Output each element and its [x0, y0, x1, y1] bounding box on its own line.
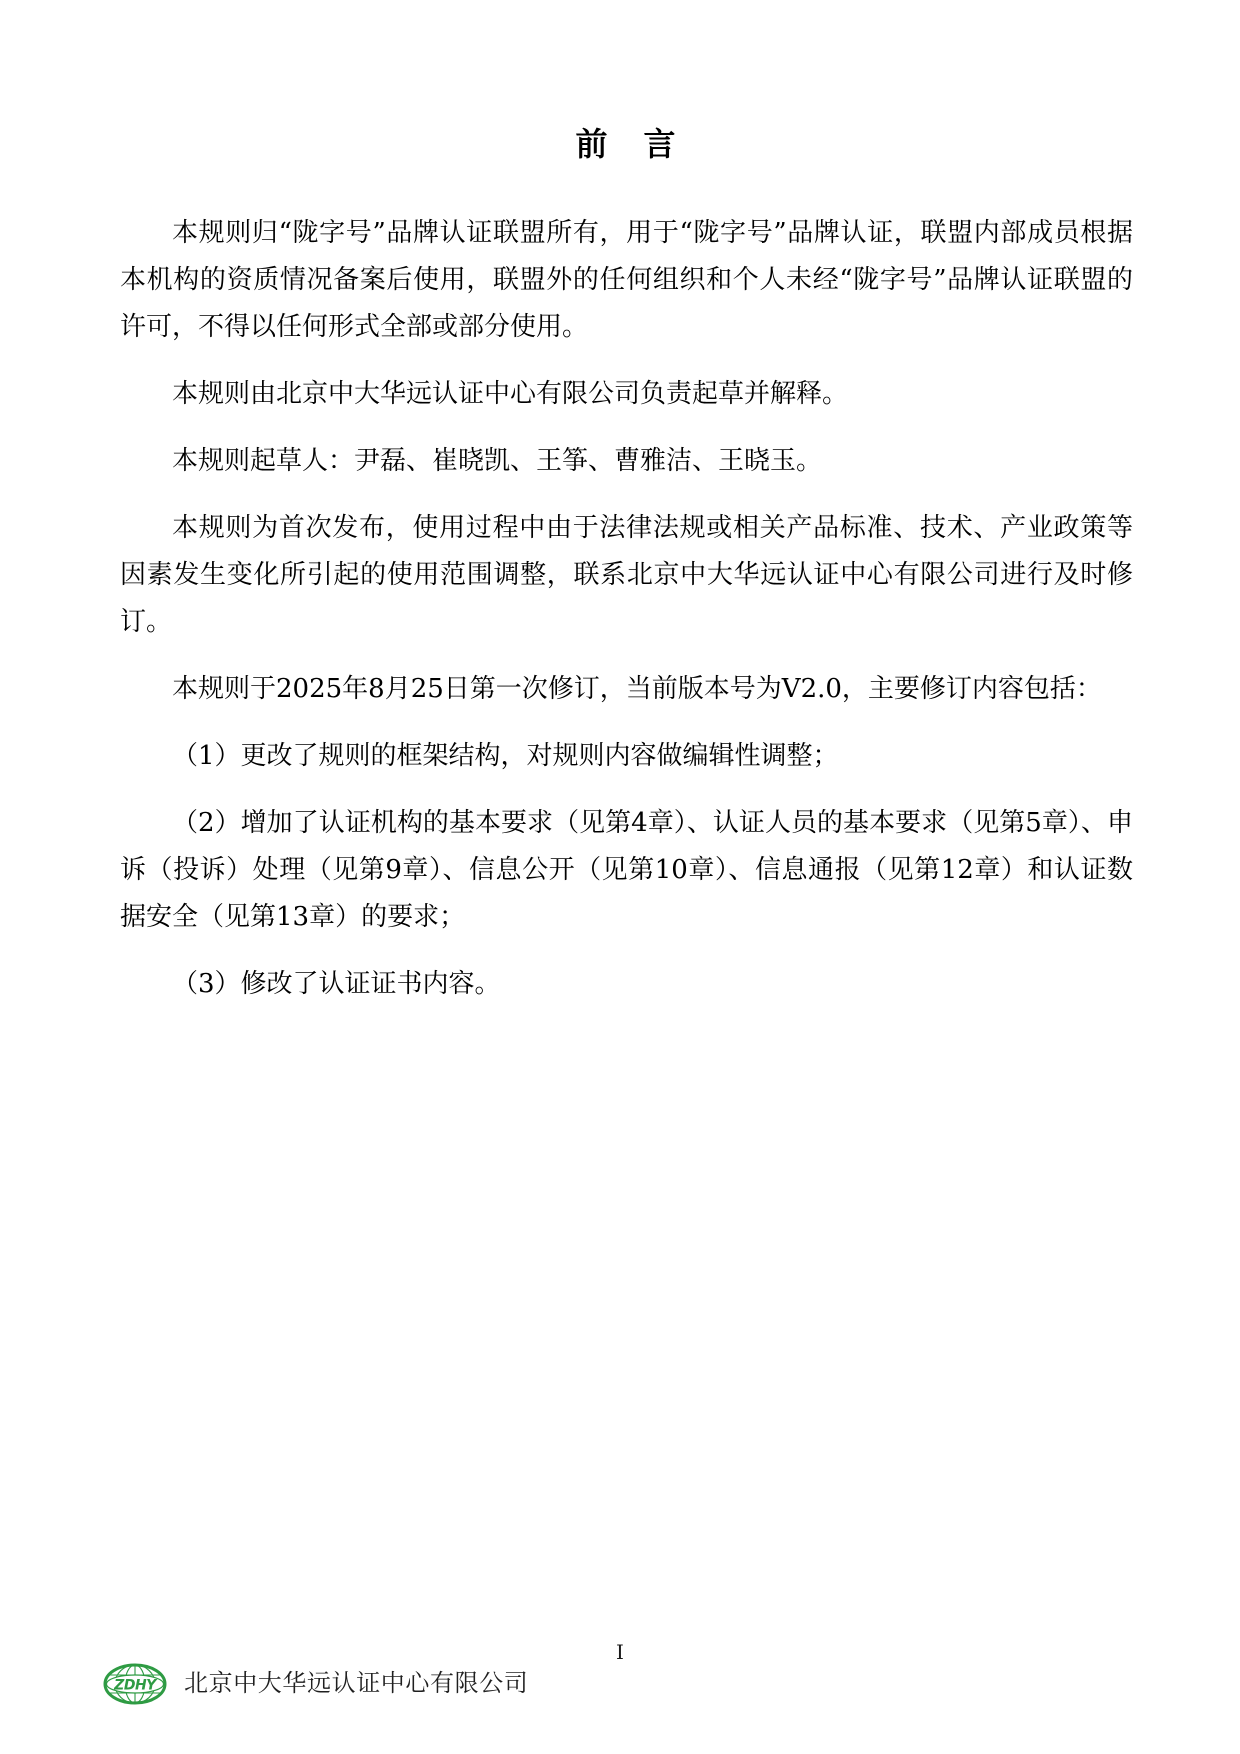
list-item-2: （2）增加了认证机构的基本要求（见第4章）、认证人员的基本要求（见第5章）、申诉…: [120, 800, 1133, 941]
company-logo-icon: ZDHY: [102, 1663, 168, 1705]
page-number: I: [0, 1642, 1240, 1662]
paragraph: 本规则归“陇字号”品牌认证联盟所有，用于“陇字号”品牌认证，联盟内部成员根据本机…: [120, 210, 1133, 351]
list-item-3: （3）修改了认证证书内容。: [120, 961, 1133, 1008]
footer: ZDHY 北京中大华远认证中心有限公司: [102, 1663, 528, 1705]
list-item-1: （1）更改了规则的框架结构，对规则内容做编辑性调整；: [120, 733, 1133, 780]
page-title: 前 言: [120, 126, 1133, 162]
logo-wordmark: ZDHY: [113, 1678, 158, 1694]
company-name: 北京中大华远认证中心有限公司: [184, 1663, 528, 1705]
paragraph: 本规则为首次发布，使用过程中由于法律法规或相关产品标准、技术、产业政策等因素发生…: [120, 505, 1133, 646]
paragraph: 本规则由北京中大华远认证中心有限公司负责起草并解释。: [120, 371, 1133, 418]
document-page: 前 言 本规则归“陇字号”品牌认证联盟所有，用于“陇字号”品牌认证，联盟内部成员…: [0, 0, 1240, 1754]
paragraph: 本规则于2025年8月25日第一次修订，当前版本号为V2.0，主要修订内容包括：: [120, 666, 1133, 713]
document-body: 前 言 本规则归“陇字号”品牌认证联盟所有，用于“陇字号”品牌认证，联盟内部成员…: [120, 126, 1133, 1008]
paragraph: 本规则起草人：尹磊、崔晓凯、王筝、曹雅洁、王晓玉。: [120, 438, 1133, 485]
